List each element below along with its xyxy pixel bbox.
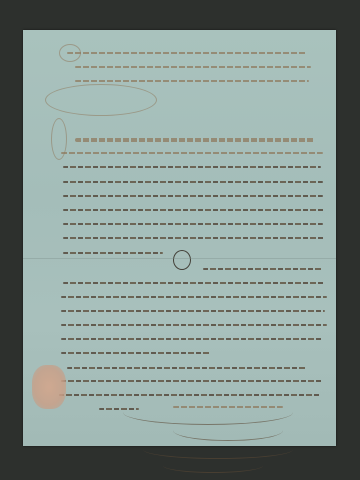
closing-phrase-line: [203, 268, 323, 270]
wax-seal: [32, 365, 66, 409]
paragraph-flourish: [173, 250, 191, 270]
body-line: [63, 181, 323, 183]
body-line: [63, 237, 325, 239]
header-line: [75, 66, 311, 68]
header-line: [67, 52, 307, 54]
body-line: [63, 166, 321, 168]
manuscript-page: Historical handwritten document in cursi…: [23, 30, 336, 446]
body-line: [61, 152, 323, 154]
body-line: [63, 209, 325, 211]
body-line: [63, 223, 323, 225]
body-line: [61, 352, 211, 354]
signature: [143, 440, 293, 459]
body-line: [63, 195, 323, 197]
body-line: [61, 310, 325, 312]
signature: [163, 458, 263, 473]
signature: [173, 420, 283, 441]
body-line: [63, 282, 325, 284]
body-line: [61, 296, 327, 298]
body-line: [59, 394, 321, 396]
body-line: [61, 380, 323, 382]
body-line: [61, 324, 327, 326]
body-line: [67, 367, 307, 369]
fold-crease: [23, 258, 336, 259]
body-line: [63, 252, 163, 254]
body-line: [61, 338, 323, 340]
header-flourish: [45, 84, 157, 116]
title-line: [75, 138, 315, 142]
header-line: [75, 80, 309, 82]
